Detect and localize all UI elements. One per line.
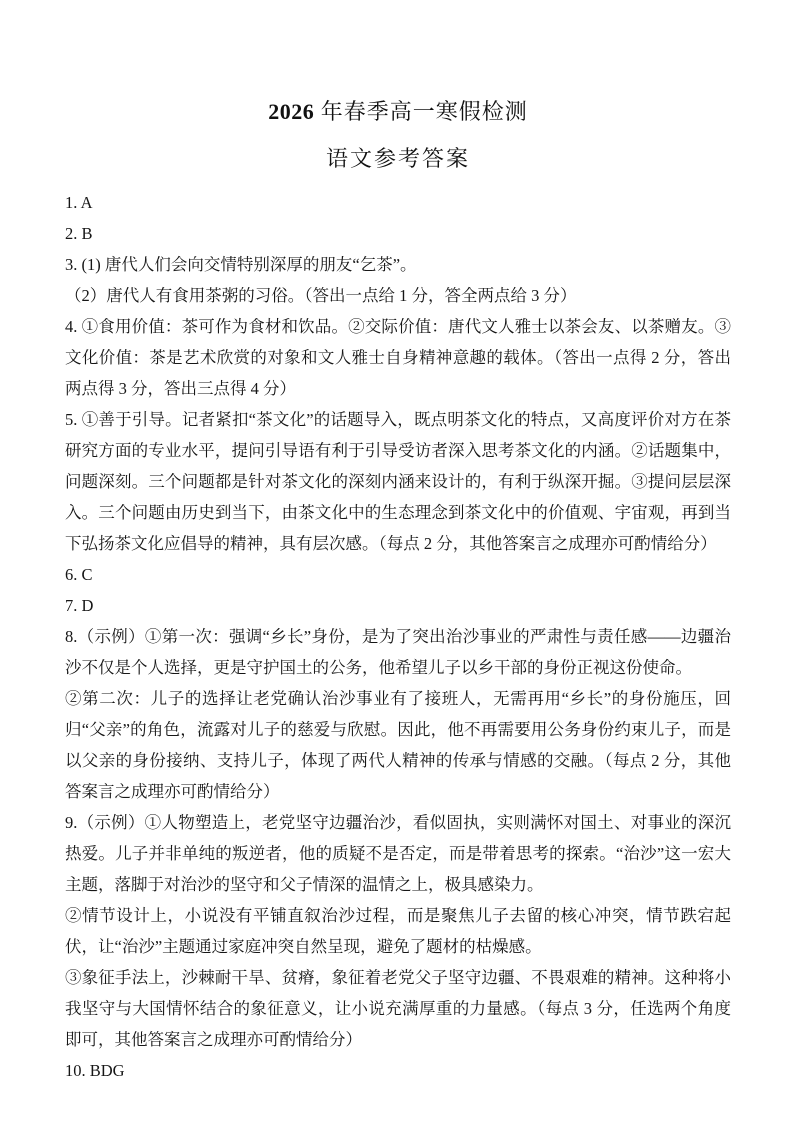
answer-9-part3: ③象征手法上，沙棘耐干旱、贫瘠，象征着老党父子坚守边疆、不畏艰难的精神。这种将小… xyxy=(65,962,731,1055)
title-text: 年春季高一寒假检测 xyxy=(314,99,528,124)
answer-6: 6. C xyxy=(65,559,731,590)
document-subtitle: 语文参考答案 xyxy=(65,145,731,173)
document-page: 2026 年春季高一寒假检测 语文参考答案 1. A 2. B 3. (1) 唐… xyxy=(0,0,793,1122)
title-year: 2026 xyxy=(268,99,314,124)
answer-8-part1: 8.（示例）①第一次：强调“乡长”身份，是为了突出治沙事业的严肃性与责任感——边… xyxy=(65,621,731,683)
answers-body: 1. A 2. B 3. (1) 唐代人们会向交情特别深厚的朋友“乞茶”。 （2… xyxy=(65,187,731,1086)
answer-2: 2. B xyxy=(65,218,731,249)
answer-10: 10. BDG xyxy=(65,1055,731,1086)
answer-5: 5. ①善于引导。记者紧扣“茶文化”的话题导入，既点明茶文化的特点，又高度评价对… xyxy=(65,404,731,559)
answer-7: 7. D xyxy=(65,590,731,621)
answer-4: 4. ①食用价值：茶可作为食材和饮品。②交际价值：唐代文人雅士以茶会友、以茶赠友… xyxy=(65,311,731,404)
answer-3-part2: （2）唐代人有食用茶粥的习俗。（答出一点给 1 分，答全两点给 3 分） xyxy=(65,280,731,311)
answer-9-part2: ②情节设计上，小说没有平铺直叙治沙过程，而是聚焦儿子去留的核心冲突，情节跌宕起伏… xyxy=(65,900,731,962)
answer-9-part1: 9.（示例）①人物塑造上，老党坚守边疆治沙，看似固执，实则满怀对国土、对事业的深… xyxy=(65,807,731,900)
answer-1: 1. A xyxy=(65,187,731,218)
answer-8-part2: ②第二次：儿子的选择让老党确认治沙事业有了接班人，无需再用“乡长”的身份施压，回… xyxy=(65,683,731,807)
answer-3-part1: 3. (1) 唐代人们会向交情特别深厚的朋友“乞茶”。 xyxy=(65,249,731,280)
document-title: 2026 年春季高一寒假检测 xyxy=(65,98,731,126)
